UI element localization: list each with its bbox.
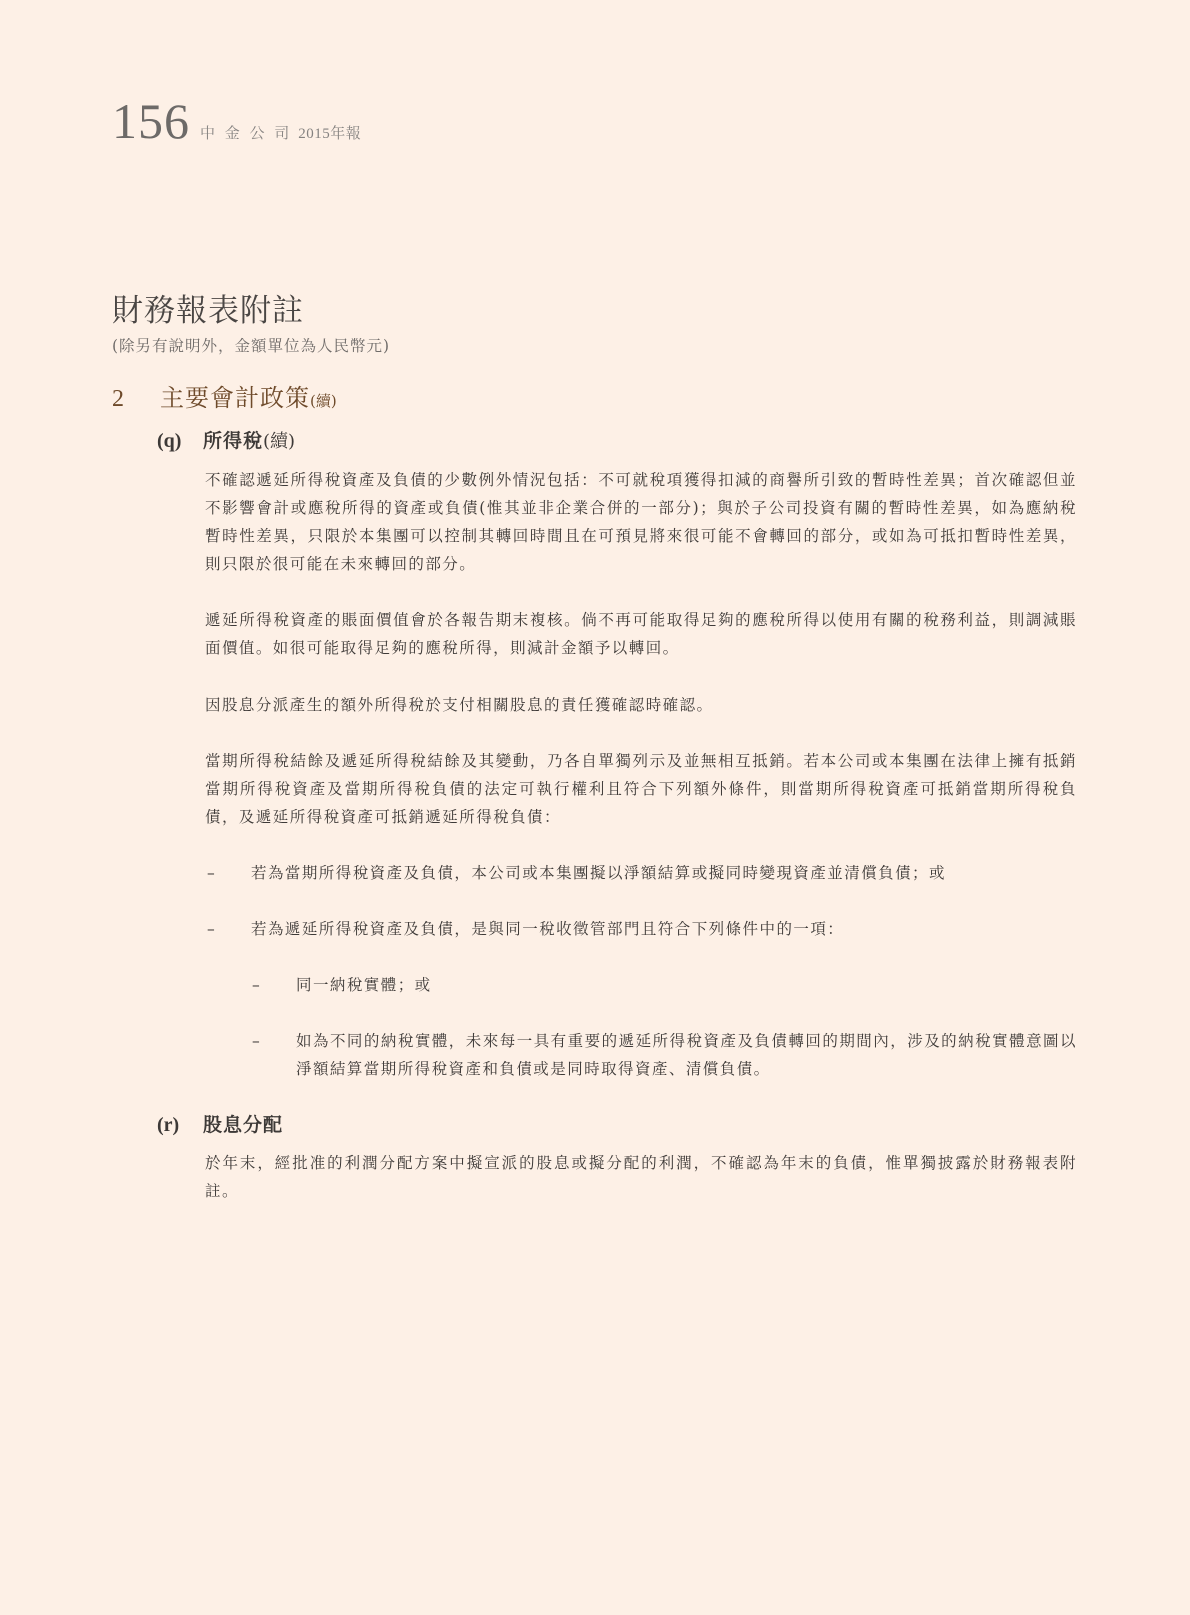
dash-bullet-icon: – [205,859,251,887]
paragraph: 遞延所得稅資產的賬面價值會於各報告期末複核。倘不再可能取得足夠的應稅所得以使用有… [205,606,1077,662]
section-title: 主要會計政策 [160,378,310,413]
company-name: 中 金 公 司 [200,126,292,142]
dash-bullet-icon: – [250,1027,296,1083]
running-title: 中 金 公 司2015年報 [200,122,361,143]
subsection-heading-q: (q) 所得稅 (續) [157,426,295,453]
page-title: 財務報表附註 [112,285,304,330]
section-number: 2 [112,386,160,413]
list-item-text: 同一納稅實體；或 [296,971,432,999]
list-item-text: 若為當期所得稅資產及負債，本公司或本集團擬以淨額結算或擬同時變現資產並清償負債；… [251,859,946,887]
subsection-label: (r) [157,1114,203,1137]
subsection-heading-r: (r) 股息分配 [157,1110,283,1137]
report-year: 2015年報 [298,126,361,142]
paragraph: 當期所得稅結餘及遞延所得稅結餘及其變動，乃各自單獨列示及並無相互抵銷。若本公司或… [205,747,1077,831]
subsection-title: 所得稅 [203,426,263,453]
list-item: – 若為遞延所得稅資產及負債，是與同一稅收徵管部門且符合下列條件中的一項： [205,915,1077,943]
subsection-title: 股息分配 [203,1110,283,1137]
list-item: – 若為當期所得稅資產及負債，本公司或本集團擬以淨額結算或擬同時變現資產並清償負… [205,859,1077,887]
section-continued: (續) [310,390,337,411]
section-heading: 2 主要會計政策 (續) [112,378,337,413]
paragraph: 於年末，經批准的利潤分配方案中擬宣派的股息或擬分配的利潤，不確認為年末的負債，惟… [205,1149,1077,1205]
dash-bullet-icon: – [250,971,296,999]
nested-list-item: – 同一納稅實體；或 [250,971,1077,999]
paragraph: 因股息分派產生的額外所得稅於支付相關股息的責任獲確認時確認。 [205,691,1077,719]
subsection-label: (q) [157,430,203,453]
list-item-text: 如為不同的納稅實體，未來每一具有重要的遞延所得稅資產及負債轉回的期間內，涉及的納… [296,1027,1077,1083]
list-item-text: 若為遞延所得稅資產及負債，是與同一稅收徵管部門且符合下列條件中的一項： [251,915,844,943]
page-subtitle: (除另有說明外，金額單位為人民幣元) [112,334,390,356]
page-number: 156 [112,96,190,146]
nested-list-item: – 如為不同的納稅實體，未來每一具有重要的遞延所得稅資產及負債轉回的期間內，涉及… [250,1027,1077,1083]
dash-bullet-icon: – [205,915,251,943]
page-header: 156 中 金 公 司2015年報 [112,96,361,146]
subsection-continued: (續) [263,427,295,453]
paragraph: 不確認遞延所得稅資產及負債的少數例外情況包括：不可就稅項獲得扣減的商譽所引致的暫… [205,466,1077,578]
